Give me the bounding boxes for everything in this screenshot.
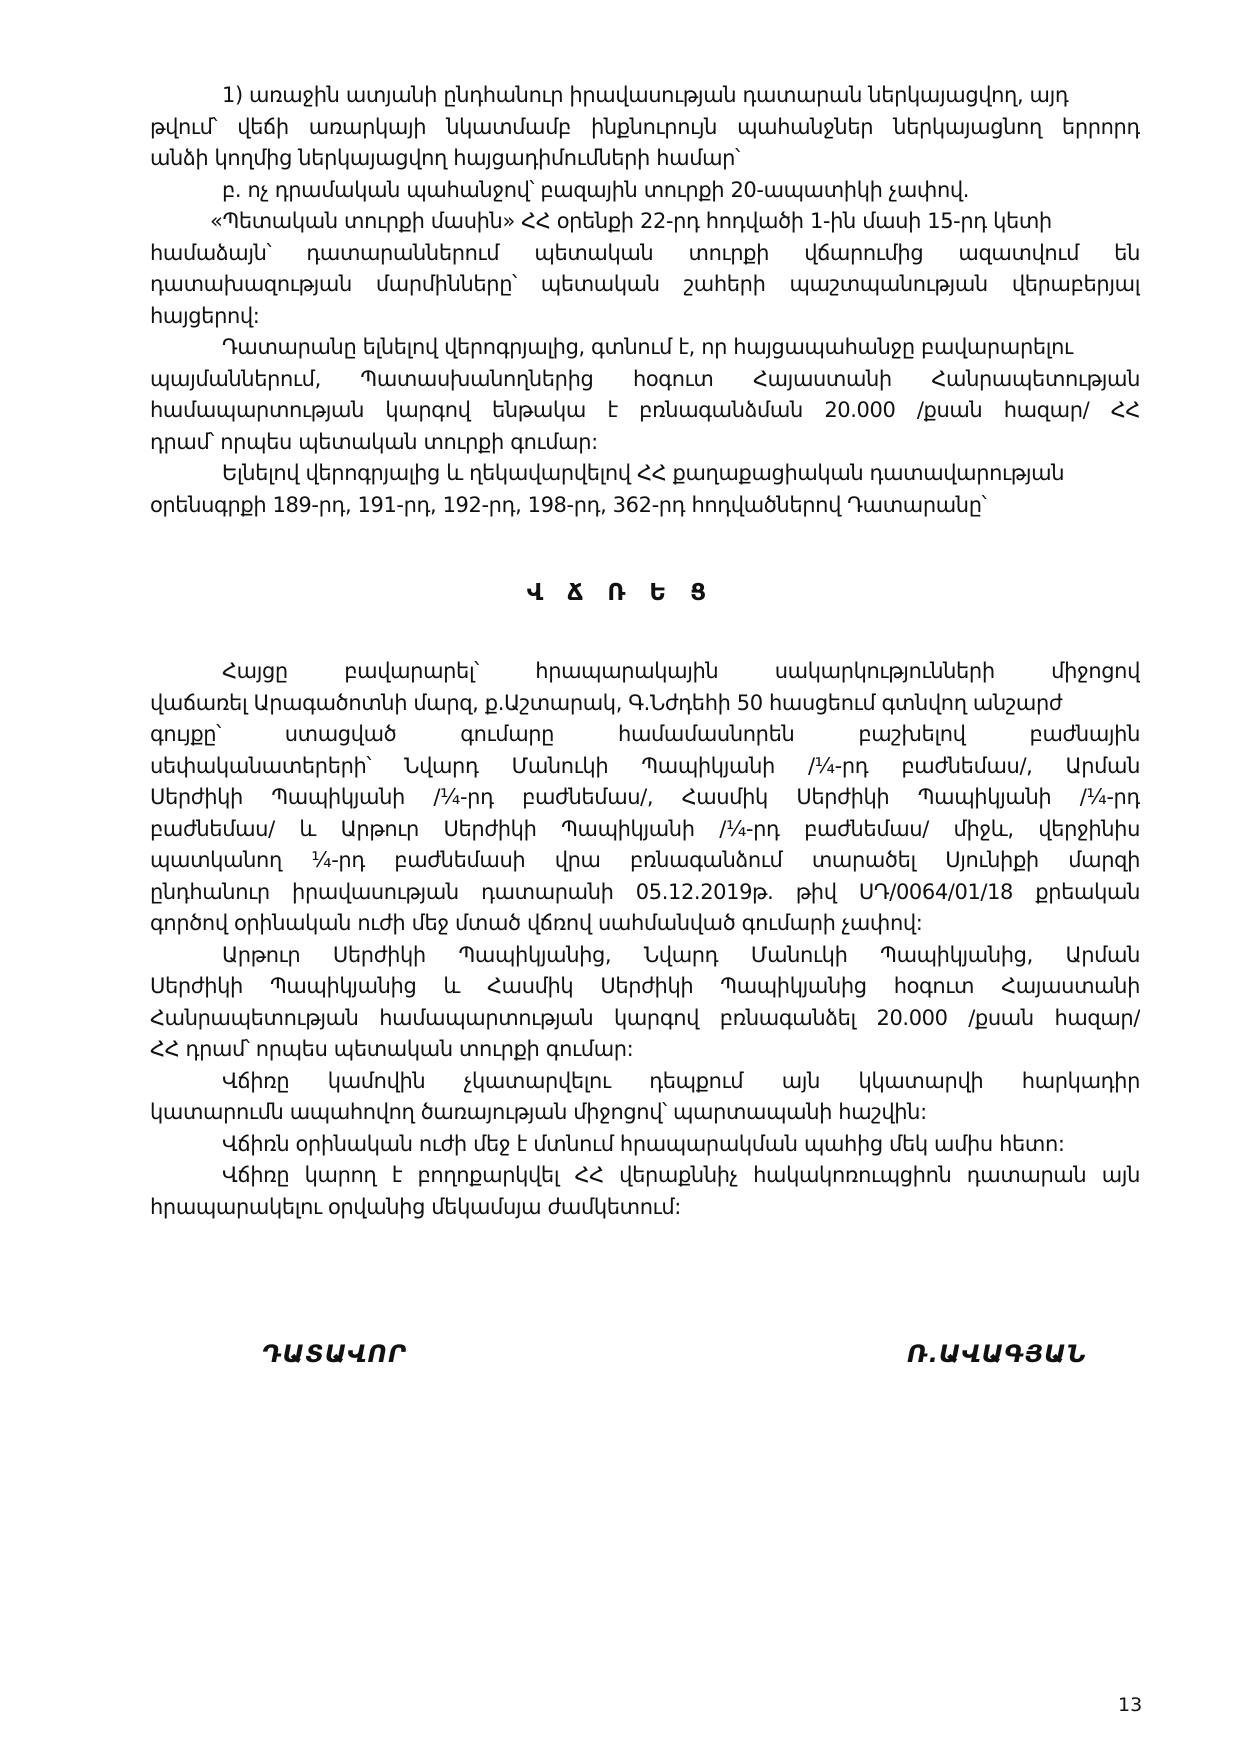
text-line: անձի կողմից ներկայացվող հայցադիմումների …	[150, 143, 1140, 175]
text-line: օրենսգրքի 189-րդ, 191-րդ, 192-րդ, 198-րդ…	[150, 490, 1140, 522]
text-line: բ. ոչ դրամական պահանջով՝ բազային տուրքի …	[150, 175, 1140, 207]
text-line: սեփականատերերի՝ Նվարդ Մանուկի Պապիկյանի …	[150, 751, 1140, 783]
text-line: թվում՝ վեճի առարկայի նկատմամբ ինքնուրույ…	[150, 112, 1140, 144]
signature-name: Ռ.ԱՎԱԳՅԱՆ	[907, 1340, 1087, 1368]
signature-title: ԴԱՏԱՎՈՐ	[262, 1340, 407, 1368]
decision-heading: Վ Ճ Ռ Ե Ց	[0, 580, 1241, 606]
text-line: դրամ՝ որպես պետական տուրքի գումար:	[150, 427, 1140, 459]
text-line: Վճիռը կարող է բողոքարկվել ՀՀ վերաքննիչ հ…	[150, 1160, 1140, 1192]
body-text-section-2: Հայցը բավարարել՝ հրապարակային սակարկությ…	[150, 656, 1140, 1223]
text-line: համաձայն՝ դատարաններում պետական տուրքի վ…	[150, 238, 1140, 270]
text-line: հրապարակելու օրվանից մեկամսյա ժամկետում:	[150, 1192, 1140, 1224]
text-line: Ելնելով վերոգրյալից և ղեկավարվելով ՀՀ քա…	[150, 458, 1140, 490]
text-line: Հայցը բավարարել՝ հրապարակային սակարկությ…	[150, 656, 1140, 688]
text-line: Վճիռը կամովին չկատարվելու դեպքում այն կկ…	[150, 1066, 1140, 1098]
page-number: 13	[1118, 1694, 1142, 1716]
text-line: հայցերով:	[150, 301, 1140, 333]
text-line: գործով օրինական ուժի մեջ մտած վճռով սահմ…	[150, 908, 1140, 940]
text-line: պատկանող ¼-րդ բաժնեմասի վրա բռնագանձում …	[150, 845, 1140, 877]
body-text-section-1: 1) առաջին ատյանի ընդհանուր իրավասության …	[150, 80, 1140, 521]
text-line: վաճառել Արագածոտնի մարզ, ք.Աշտարակ, Գ.Նժ…	[150, 688, 1140, 720]
text-line: գույքը՝ ստացված գումարը համամասնորեն բաշ…	[150, 719, 1140, 751]
text-line: համապարտության կարգով ենթակա է բռնագանձմ…	[150, 395, 1140, 427]
text-line: 1) առաջին ատյանի ընդհանուր իրավասության …	[150, 80, 1140, 112]
text-line: «Պետական տուրքի մասին» ՀՀ օրենքի 22-րդ հ…	[150, 206, 1140, 238]
text-line: Սերժիկի Պապիկյանի /¼-րդ բաժնեմաս/, Հասմի…	[150, 782, 1140, 814]
text-line: Արթուր Սերժիկի Պապիկյանից, Նվարդ Մանուկի…	[150, 940, 1140, 972]
text-line: Սերժիկի Պապիկյանից և Հասմիկ Սերժիկի Պապի…	[150, 971, 1140, 1003]
text-line: ընդհանուր իրավասության դատարանի 05.12.20…	[150, 877, 1140, 909]
text-line: դատախազության մարմինները՝ պետական շահերի…	[150, 269, 1140, 301]
text-line: ՀՀ դրամ՝ որպես պետական տուրքի գումար:	[150, 1034, 1140, 1066]
text-line: կատարումն ապահովող ծառայության միջոցով՝ …	[150, 1097, 1140, 1129]
text-line: բաժնեմաս/ և Արթուր Սերժիկի Պապիկյանի /¼-…	[150, 814, 1140, 846]
text-line: պայմաններում, Պատասխանողներից հօգուտ Հայ…	[150, 364, 1140, 396]
text-line: Հանրապետության համապարտության կարգով բռն…	[150, 1003, 1140, 1035]
text-line: Դատարանը ելնելով վերոգրյալից, գտնում է, …	[150, 332, 1140, 364]
text-line: Վճիռն օրինական ուժի մեջ է մտնում հրապարա…	[150, 1129, 1140, 1161]
